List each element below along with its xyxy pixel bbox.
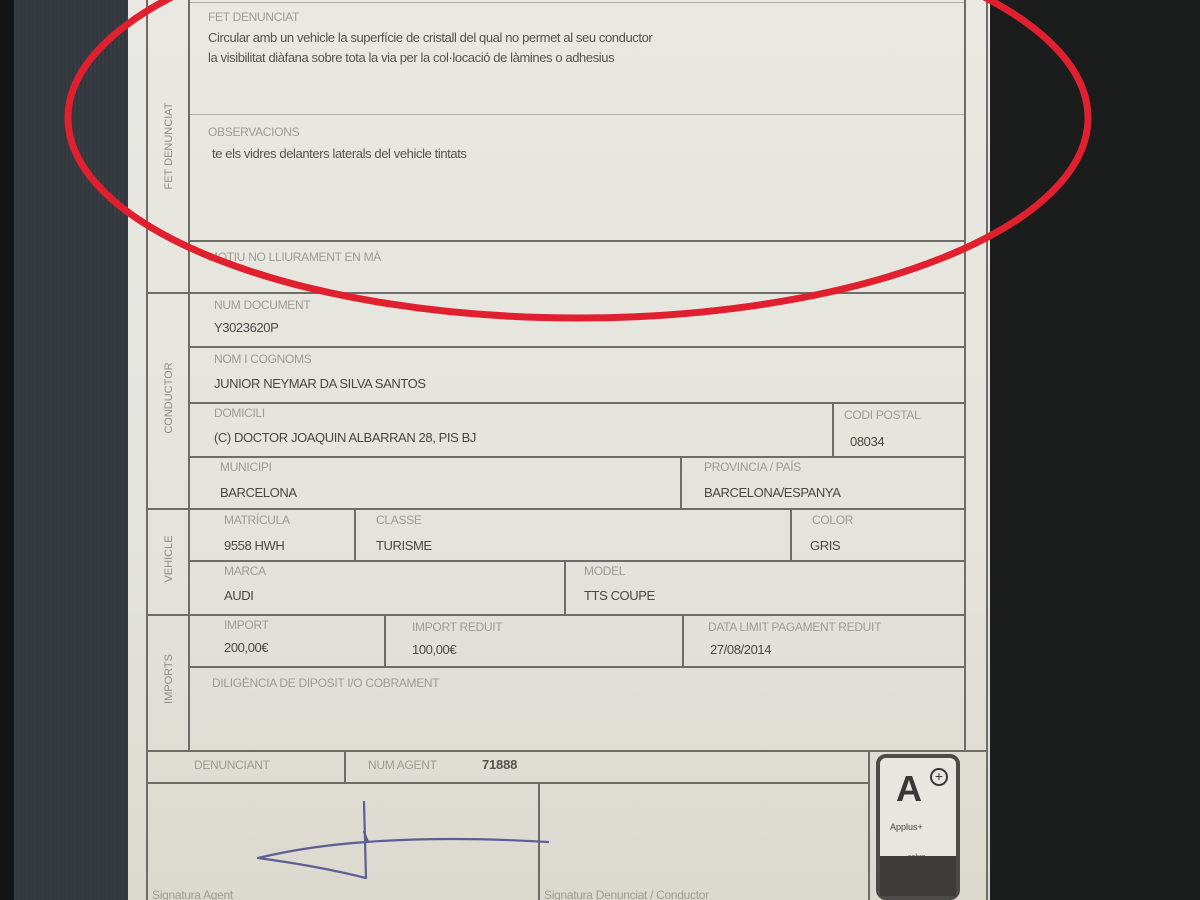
num-document-value: Y3023620P [214, 320, 278, 335]
side-label-imports: IMPORTS [163, 619, 175, 739]
observacions-label: OBSERVACIONS [208, 125, 299, 139]
domicili-label: DOMICILI [214, 406, 265, 420]
fet-denunciat-text-line1: Circular amb un vehicle la superfície de… [208, 30, 652, 45]
nom-label: NOM I COGNOMS [214, 352, 311, 366]
model-value: TTS COUPE [584, 588, 655, 603]
codi-postal-label: CODI POSTAL [844, 408, 921, 422]
signatura-denunciat-label: Signatura Denunciat / Conductor [544, 888, 709, 900]
municipi-label: MUNICIPI [220, 460, 272, 474]
observacions-text: te els vidres delanters laterals del veh… [212, 146, 467, 161]
marca-value: AUDI [224, 588, 253, 603]
data-limit-value: 27/08/2014 [710, 642, 771, 657]
fabric-background [14, 0, 144, 900]
provincia-label: PROVINCIA / PAÍS [704, 460, 801, 474]
import-value: 200,00€ [224, 640, 268, 655]
import-label: IMPORT [224, 618, 269, 632]
plus-circle-icon: + [930, 768, 948, 786]
data-limit-label: DATA LIMIT PAGAMENT REDUIT [708, 620, 881, 634]
num-agent-value: 71888 [482, 757, 517, 772]
color-label: COLOR [812, 513, 853, 527]
classe-label: CLASSE [376, 513, 422, 527]
signatura-agent-label: Signatura Agent [152, 888, 233, 900]
municipi-value: BARCELONA [220, 485, 297, 500]
applus-logo: A + Applus+ sobre [876, 754, 960, 900]
side-label-conductor: CONDUCTOR [163, 338, 175, 458]
matricula-value: 9558 HWH [224, 538, 284, 553]
logo-letter: A [896, 768, 922, 810]
classe-value: TURISME [376, 538, 432, 553]
background-edge [0, 0, 14, 900]
side-label-fet-denunciat: FET DENUNCIAT [163, 86, 175, 206]
lliurament-label: MOTIU NO LLIURAMENT EN MÀ [208, 250, 381, 264]
dark-background [985, 0, 1200, 900]
fet-denunciat-label: FET DENUNCIAT [208, 10, 299, 24]
fet-denunciat-text-line2: la visibilitat diàfana sobre tota la via… [208, 50, 614, 65]
logo-name: Applus+ [890, 822, 923, 832]
logo-dark-band [880, 856, 956, 896]
nom-value: JUNIOR NEYMAR DA SILVA SANTOS [214, 376, 426, 391]
provincia-value: BARCELONA/ESPANYA [704, 485, 841, 500]
codi-postal-value: 08034 [850, 434, 884, 449]
num-document-label: NUM DOCUMENT [214, 298, 310, 312]
num-agent-label: NUM AGENT [368, 758, 437, 772]
ticket-paper: FET DENUNCIAT CONDUCTOR VEHICLE IMPORTS … [128, 0, 990, 900]
matricula-label: MATRÍCULA [224, 513, 290, 527]
model-label: MODEL [584, 564, 625, 578]
import-reduit-label: IMPORT REDUIT [412, 620, 502, 634]
color-value: GRIS [810, 538, 840, 553]
denunciant-label: DENUNCIANT [194, 758, 270, 772]
side-label-vehicle: VEHICLE [163, 499, 175, 619]
domicili-value: (C) DOCTOR JOAQUIN ALBARRAN 28, PIS BJ [214, 430, 476, 445]
import-reduit-value: 100,00€ [412, 642, 456, 657]
diligencia-label: DILIGÈNCIA DE DIPOSIT I/O COBRAMENT [212, 676, 439, 690]
marca-label: MARCA [224, 564, 266, 578]
